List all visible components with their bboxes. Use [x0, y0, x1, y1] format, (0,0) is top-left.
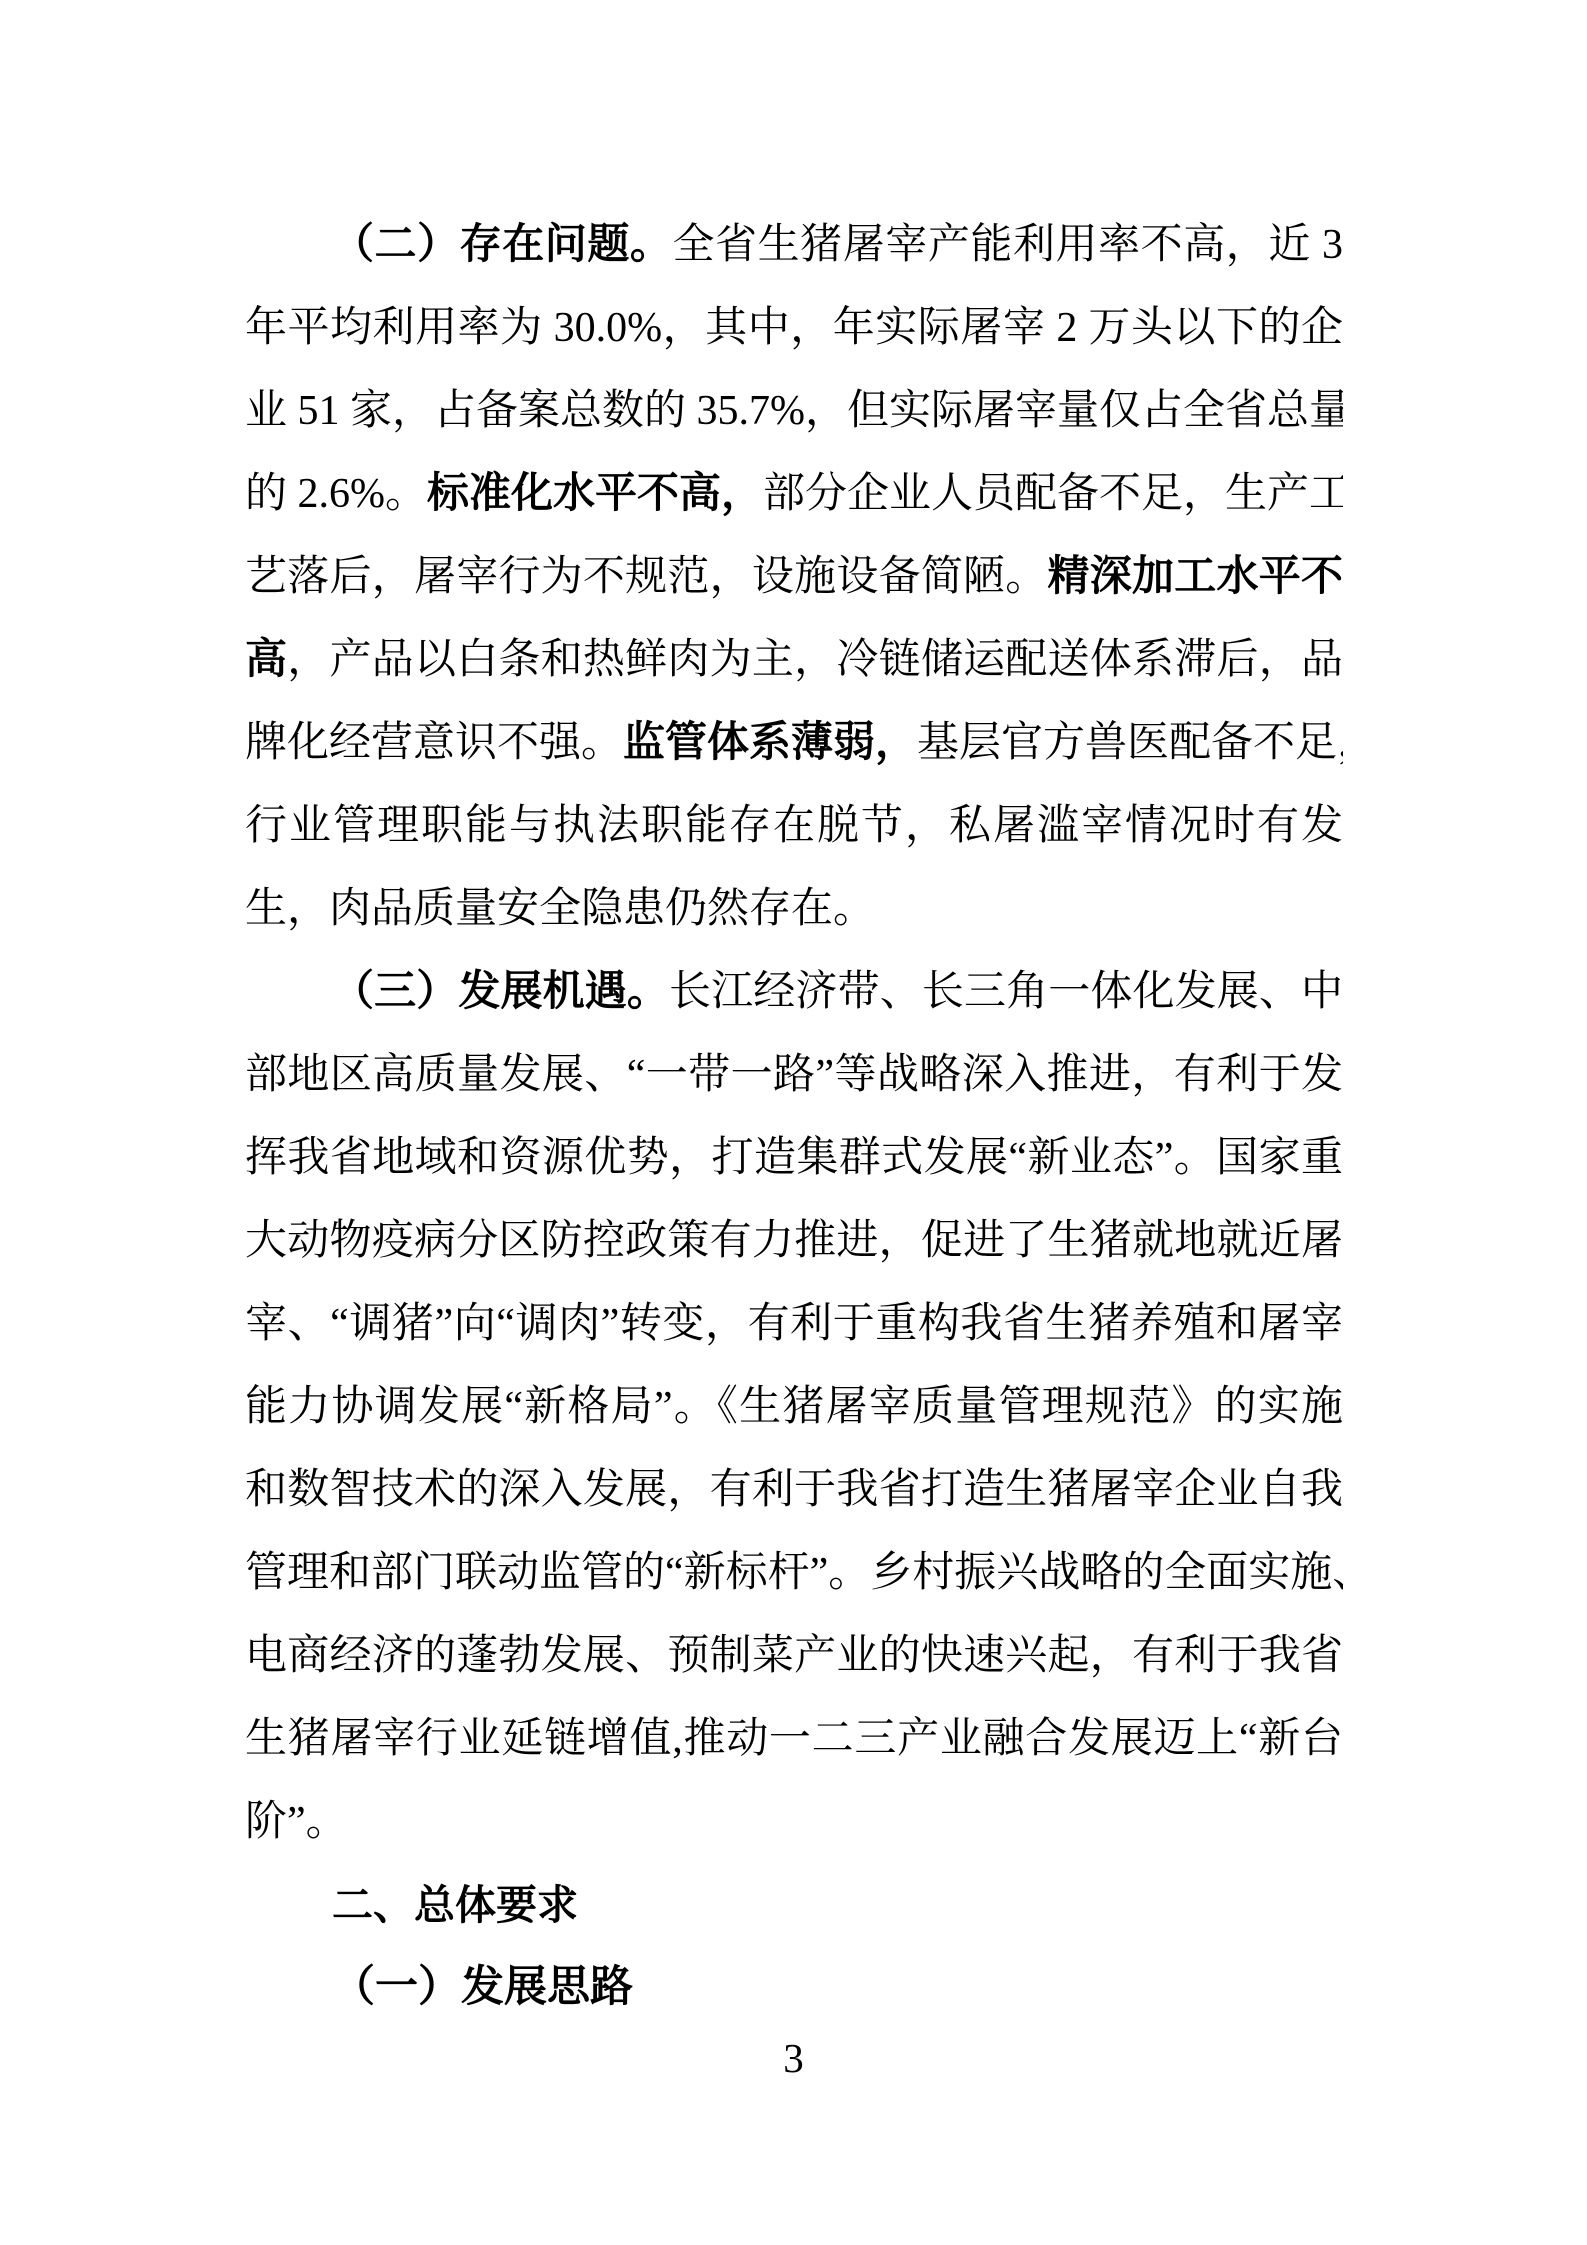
body-line: 阶”。: [245, 1795, 1343, 1878]
bold-run: 精深加工水平不: [1048, 554, 1343, 600]
body-line: 艺落后，屠宰行为不规范，设施设备简陋。精深加工水平不: [245, 550, 1343, 633]
body-line: （三）发展机遇。长江经济带、长三角一体化发展、中: [245, 965, 1343, 1048]
heading-run: 二、总体要求: [332, 1882, 578, 1928]
section-heading: 二、总体要求: [245, 1878, 1343, 1961]
text-run: 全省生猪屠宰产能利用率不高，近 3: [673, 222, 1343, 268]
text-run: 年平均利用率为 30.0%，其中，年实际屠宰 2 万头以下的企: [245, 305, 1343, 351]
body-line: 高，产品以白条和热鲜肉为主，冷链储运配送体系滞后，品: [245, 633, 1343, 716]
bold-run: 高: [245, 637, 287, 683]
body-line: 牌化经营意识不强。监管体系薄弱，基层官方兽医配备不足，: [245, 716, 1343, 799]
subsection-heading: （一）发展思路: [245, 1961, 1343, 2044]
text-run: 宰、“调猪”向“调肉”转变，有利于重构我省生猪养殖和屠宰: [245, 1301, 1343, 1347]
body-line: 的 2.6%。标准化水平不高，部分企业人员配备不足，生产工: [245, 467, 1343, 550]
body-line: 年平均利用率为 30.0%，其中，年实际屠宰 2 万头以下的企: [245, 301, 1343, 384]
text-run: 和数智技术的深入发展，有利于我省打造生猪屠宰企业自我: [245, 1467, 1343, 1513]
body-line: 管理和部门联动监管的“新标杆”。乡村振兴战略的全面实施、: [245, 1546, 1343, 1629]
body-line: 生，肉品质量安全隐患仍然存在。: [245, 882, 1343, 965]
body-line: 部地区高质量发展、“一带一路”等战略深入推进，有利于发: [245, 1048, 1343, 1131]
heading-run: （一）发展思路: [332, 1964, 633, 2011]
text-run: 行业管理职能与执法职能存在脱节，私屠滥宰情况时有发: [245, 803, 1343, 849]
text-run: 电商经济的蓬勃发展、预制菜产业的快速兴起，有利于我省: [245, 1633, 1343, 1679]
body-line: 和数智技术的深入发展，有利于我省打造生猪屠宰企业自我: [245, 1463, 1343, 1546]
text-run: 牌化经营意识不强。: [245, 720, 623, 766]
text-run: ，产品以白条和热鲜肉为主，冷链储运配送体系滞后，品: [287, 637, 1343, 683]
bold-run: （二）存在问题。: [332, 222, 673, 268]
text-run: 挥我省地域和资源优势，打造集群式发展“新业态”。国家重: [245, 1135, 1343, 1181]
body-line: 电商经济的蓬勃发展、预制菜产业的快速兴起，有利于我省: [245, 1629, 1343, 1712]
text-run: 部地区高质量发展、“一带一路”等战略深入推进，有利于发: [245, 1052, 1343, 1098]
page-number: 3: [0, 2034, 1587, 2082]
text-block: （二）存在问题。全省生猪屠宰产能利用率不高，近 3 年平均利用率为 30.0%，…: [245, 218, 1343, 2044]
bold-run: 监管体系薄弱，: [623, 720, 917, 766]
text-run: 艺落后，屠宰行为不规范，设施设备简陋。: [245, 554, 1048, 600]
body-line: 宰、“调猪”向“调肉”转变，有利于重构我省生猪养殖和屠宰: [245, 1297, 1343, 1380]
text-run: 长江经济带、长三角一体化发展、中: [669, 969, 1343, 1015]
text-run: 部分企业人员配备不足，生产工: [763, 471, 1343, 517]
body-line: 挥我省地域和资源优势，打造集群式发展“新业态”。国家重: [245, 1131, 1343, 1214]
body-line: 能力协调发展“新格局”。《生猪屠宰质量管理规范》的实施: [245, 1380, 1343, 1463]
text-run: 能力协调发展“新格局”。《生猪屠宰质量管理规范》的实施: [245, 1384, 1343, 1430]
text-run: 业 51 家，占备案总数的 35.7%，但实际屠宰量仅占全省总量: [245, 388, 1343, 434]
body-line: 生猪屠宰行业延链增值,推动一二三产业融合发展迈上“新台: [245, 1712, 1343, 1795]
bold-run: 标准化水平不高，: [427, 471, 763, 517]
document-page: { "colors": { "background": "#ffffff", "…: [0, 0, 1587, 2245]
text-run: 管理和部门联动监管的“新标杆”。乡村振兴战略的全面实施、: [245, 1550, 1343, 1596]
text-run: 大动物疫病分区防控政策有力推进，促进了生猪就地就近屠: [245, 1218, 1343, 1264]
text-run: 基层官方兽医配备不足，: [917, 720, 1343, 766]
text-run: 生，肉品质量安全隐患仍然存在。: [245, 886, 875, 932]
text-run: 阶”。: [245, 1799, 348, 1845]
body-line: 大动物疫病分区防控政策有力推进，促进了生猪就地就近屠: [245, 1214, 1343, 1297]
text-run: 的 2.6%。: [245, 471, 427, 517]
body-line: 业 51 家，占备案总数的 35.7%，但实际屠宰量仅占全省总量: [245, 384, 1343, 467]
text-run: 生猪屠宰行业延链增值,推动一二三产业融合发展迈上“新台: [245, 1716, 1343, 1762]
body-line: （二）存在问题。全省生猪屠宰产能利用率不高，近 3: [245, 218, 1343, 301]
bold-run: （三）发展机遇。: [332, 969, 669, 1015]
body-line: 行业管理职能与执法职能存在脱节，私屠滥宰情况时有发: [245, 799, 1343, 882]
